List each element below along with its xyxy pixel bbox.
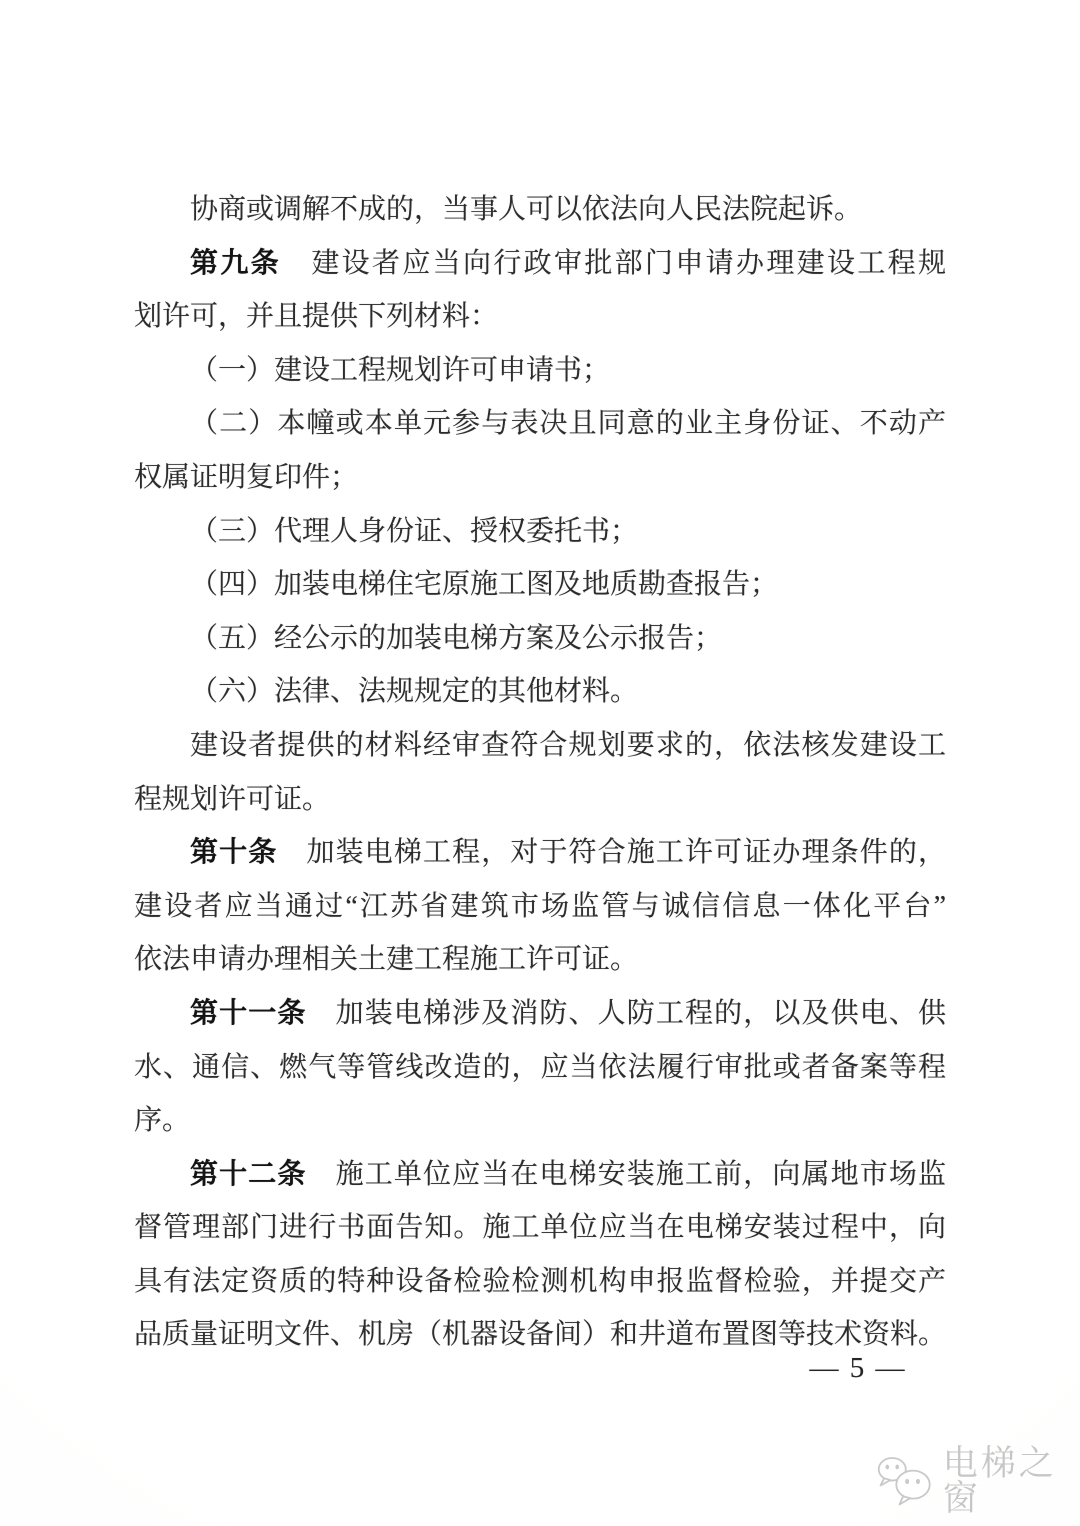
text-line: （六）法律、法规规定的其他材料。 xyxy=(134,665,946,719)
text-line: 督管理部门进行书面告知。施工单位应当在电梯安装过程中，向 xyxy=(134,1201,946,1255)
text-line: 划许可，并且提供下列材料： xyxy=(134,290,946,344)
page-number: — 5 — xyxy=(806,1352,910,1385)
text-line: 第十一条 加装电梯涉及消防、人防工程的，以及供电、供 xyxy=(134,987,946,1041)
article-number: 第九条 xyxy=(190,248,281,279)
document-page: 协商或调解不成的，当事人可以依法向人民法院起诉。第九条 建设者应当向行政审批部门… xyxy=(0,0,1080,1526)
text-line: 程规划许可证。 xyxy=(134,773,946,827)
text-line: 权属证明复印件； xyxy=(134,451,946,505)
watermark: 电梯之窗 xyxy=(876,1446,1080,1516)
text-line: （二）本幢或本单元参与表决且同意的业主身份证、不动产 xyxy=(134,397,946,451)
text-line: 协商或调解不成的，当事人可以依法向人民法院起诉。 xyxy=(134,183,946,237)
text-line: （四）加装电梯住宅原施工图及地质勘查报告； xyxy=(134,558,946,612)
text-line: （五）经公示的加装电梯方案及公示报告； xyxy=(134,612,946,666)
text-line: 第十二条 施工单位应当在电梯安装施工前，向属地市场监 xyxy=(134,1148,946,1202)
article-number: 第十一条 xyxy=(190,998,306,1029)
watermark-label: 电梯之窗 xyxy=(943,1446,1080,1516)
text-line: 水、通信、燃气等管线改造的，应当依法履行审批或者备案等程 xyxy=(134,1041,946,1095)
text-line: 第九条 建设者应当向行政审批部门申请办理建设工程规 xyxy=(134,237,946,291)
text-line: 建设者应当通过“江苏省建筑市场监管与诚信信息一体化平台” xyxy=(134,880,946,934)
document-lines: 协商或调解不成的，当事人可以依法向人民法院起诉。第九条 建设者应当向行政审批部门… xyxy=(134,183,946,1362)
text-line: 依法申请办理相关土建工程施工许可证。 xyxy=(134,933,946,987)
article-number: 第十条 xyxy=(190,837,277,868)
text-line: 建设者提供的材料经审查符合规划要求的，依法核发建设工 xyxy=(134,719,946,773)
article-number: 第十二条 xyxy=(190,1159,306,1190)
text-line: （三）代理人身份证、授权委托书； xyxy=(134,505,946,559)
wechat-icon xyxy=(876,1452,934,1510)
text-line: 具有法定资质的特种设备检验检测机构申报监督检验，并提交产 xyxy=(134,1255,946,1309)
text-line: 第十条 加装电梯工程，对于符合施工许可证办理条件的， xyxy=(134,826,946,880)
text-line: 序。 xyxy=(134,1094,946,1148)
text-line: （一）建设工程规划许可申请书； xyxy=(134,344,946,398)
